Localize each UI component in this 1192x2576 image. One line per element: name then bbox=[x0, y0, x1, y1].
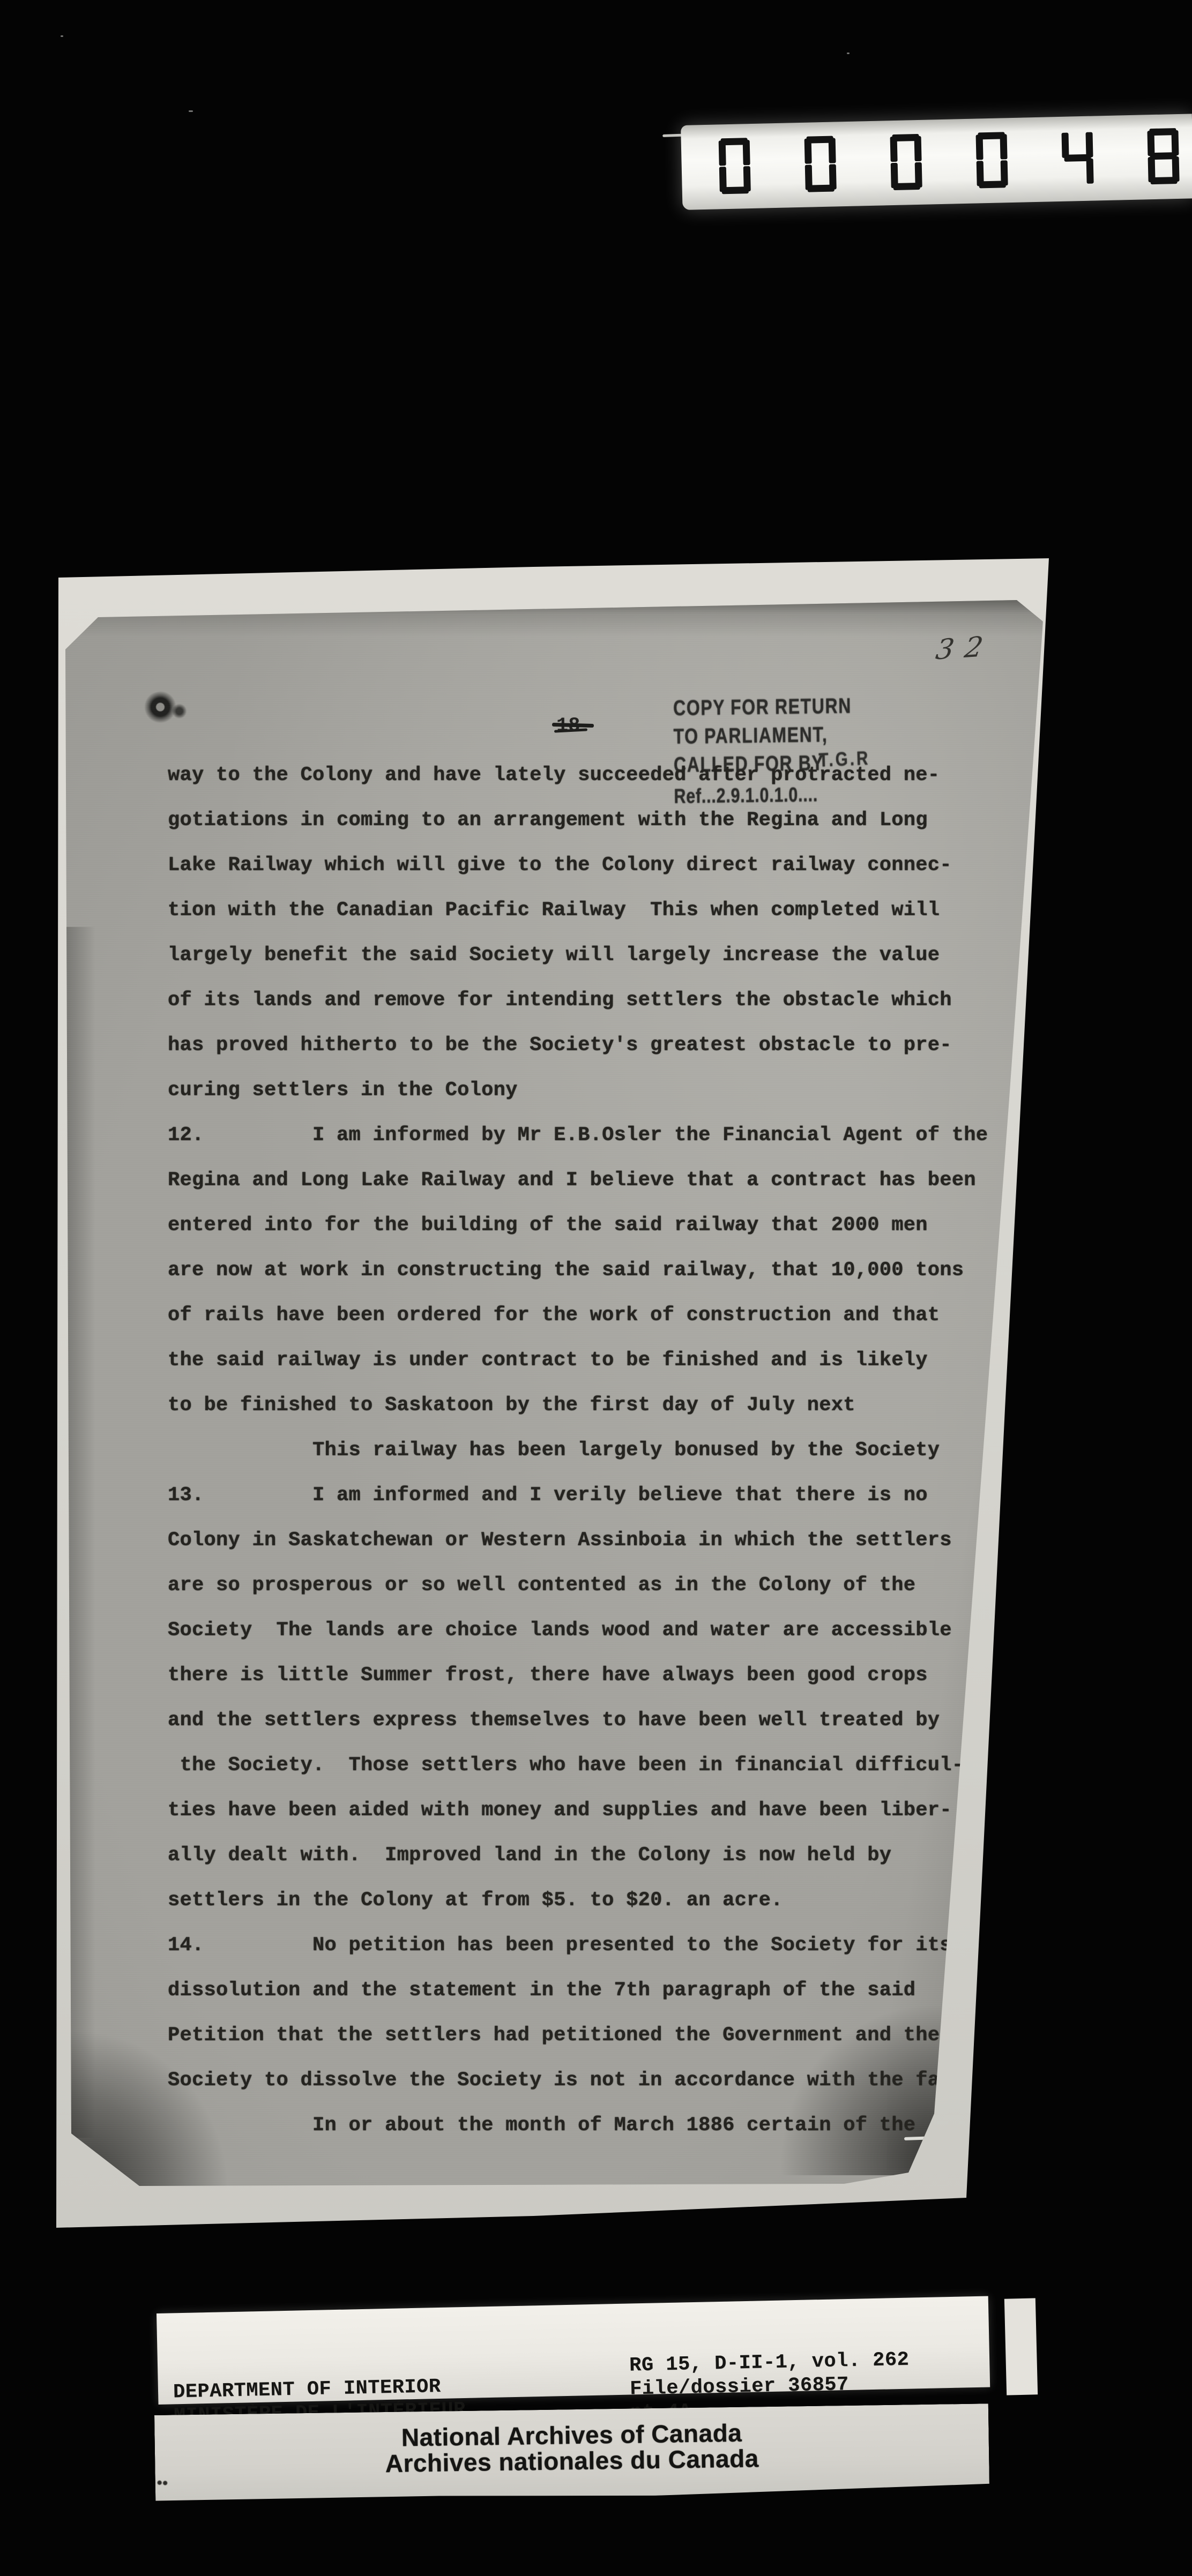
archive-label-strip: DEPARTMENT OF INTERIOR MINISTÈRE DE L'IN… bbox=[157, 2296, 990, 2404]
digit-segment bbox=[914, 136, 922, 161]
counter-digit bbox=[804, 136, 837, 192]
dust-speck bbox=[61, 35, 63, 37]
counter-digit bbox=[975, 132, 1008, 188]
digit-segment bbox=[1085, 132, 1093, 158]
digit-segment bbox=[829, 138, 836, 163]
frame-counter bbox=[681, 114, 1192, 210]
document-scan: COPY FOR RETURN TO PARLIAMENT, CALLED FO… bbox=[51, 552, 1053, 2234]
dust-speck bbox=[847, 53, 850, 54]
archives-banner: National Archives of Canada Archives nat… bbox=[154, 2403, 989, 2505]
digit-segment bbox=[977, 161, 984, 186]
digit-segment bbox=[1086, 159, 1094, 184]
counter-digit bbox=[719, 138, 751, 194]
document-page: COPY FOR RETURN TO PARLIAMENT, CALLED FO… bbox=[51, 552, 1053, 2234]
microfilm-frame: COPY FOR RETURN TO PARLIAMENT, CALLED FO… bbox=[0, 0, 1192, 2576]
digit-segment bbox=[805, 164, 813, 190]
frame-counter-digits bbox=[719, 128, 1180, 194]
scanline-texture bbox=[51, 552, 1053, 2234]
department-label: DEPARTMENT OF INTERIOR MINISTÈRE DE L'IN… bbox=[172, 2332, 247, 2428]
digit-segment bbox=[891, 163, 898, 188]
counter-digit bbox=[1061, 130, 1093, 186]
digit-segment bbox=[719, 167, 727, 192]
dust-speck bbox=[189, 110, 193, 112]
digit-segment bbox=[1150, 152, 1176, 160]
digit-segment bbox=[976, 134, 984, 160]
digit-segment bbox=[804, 138, 812, 163]
digit-segment bbox=[1000, 134, 1008, 159]
record-group-line: RG 15, D-II-1, vol. 262 bbox=[629, 2348, 910, 2378]
film-strip-fragment bbox=[1004, 2298, 1038, 2395]
reference-label: RG 15, D-II-1, vol. 262 File/dossier 368… bbox=[628, 2305, 704, 2425]
counter-digit bbox=[1147, 128, 1179, 184]
stray-ink-mark bbox=[155, 2478, 170, 2488]
digit-segment bbox=[743, 140, 750, 165]
counter-digit bbox=[890, 134, 922, 190]
file-dossier-line: File/dossier 36857 bbox=[630, 2373, 850, 2401]
digit-segment bbox=[719, 140, 726, 166]
digit-segment bbox=[1148, 157, 1156, 182]
digit-segment bbox=[890, 137, 898, 162]
